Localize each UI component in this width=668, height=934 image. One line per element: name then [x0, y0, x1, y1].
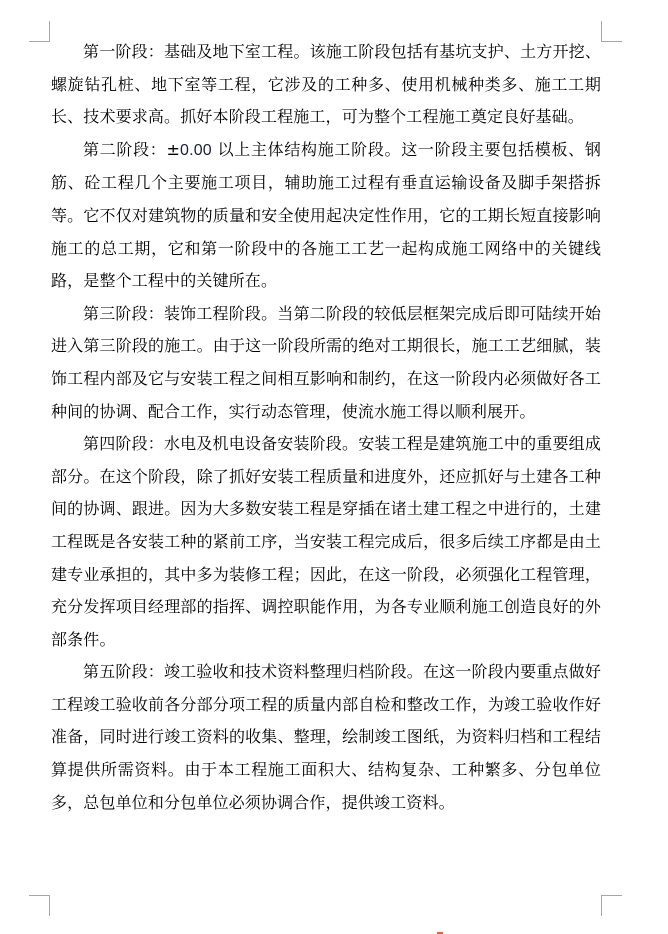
corner-mark-bottom-left	[29, 895, 50, 916]
stage-label: 第五阶段：	[83, 662, 164, 681]
plus-minus-sign: ±	[166, 140, 180, 159]
stage-label: 第四阶段：	[83, 434, 164, 453]
corner-mark-top-left	[29, 21, 50, 42]
paragraph-stage-2: 第二阶段：±0.00 以上主体结构施工阶段。这一阶段主要包括模板、钢筋、砼工程几…	[51, 134, 601, 298]
paragraph-stage-4: 第四阶段：水电及机电设备安装阶段。安装工程是建筑施工中的重要组成部分。在这个阶段…	[51, 428, 601, 656]
elevation-value: 0.00	[180, 142, 212, 159]
stage-text: 以上主体结构施工阶段。这一阶段主要包括模板、钢筋、砼工程几个主要施工项目，辅助施…	[51, 140, 601, 290]
paragraph-stage-3: 第三阶段：装饰工程阶段。当第二阶段的较低层框架完成后即可陆续开始进入第三阶段的施…	[51, 298, 601, 428]
document-page: 第一阶段：基础及地下室工程。该施工阶段包括有基坑支护、土方开挖、螺旋钻孔桩、地下…	[0, 0, 668, 934]
corner-mark-bottom-right	[601, 895, 622, 916]
stage-text: 竣工验收和技术资料整理归档阶段。在这一阶段内要重点做好工程竣工验收前各分部分项工…	[51, 662, 601, 811]
paragraph-stage-5: 第五阶段：竣工验收和技术资料整理归档阶段。在这一阶段内要重点做好工程竣工验收前各…	[51, 656, 601, 819]
stage-label: 第一阶段：	[83, 42, 164, 61]
stage-label: 第三阶段：	[83, 304, 164, 323]
stage-text: 水电及机电设备安装阶段。安装工程是建筑施工中的重要组成部分。在这个阶段，除了抓好…	[51, 434, 601, 649]
paragraph-stage-1: 第一阶段：基础及地下室工程。该施工阶段包括有基坑支护、土方开挖、螺旋钻孔桩、地下…	[51, 36, 601, 134]
corner-mark-top-right	[601, 21, 622, 42]
document-body[interactable]: 第一阶段：基础及地下室工程。该施工阶段包括有基坑支护、土方开挖、螺旋钻孔桩、地下…	[51, 36, 601, 819]
stage-label: 第二阶段：	[83, 140, 166, 159]
